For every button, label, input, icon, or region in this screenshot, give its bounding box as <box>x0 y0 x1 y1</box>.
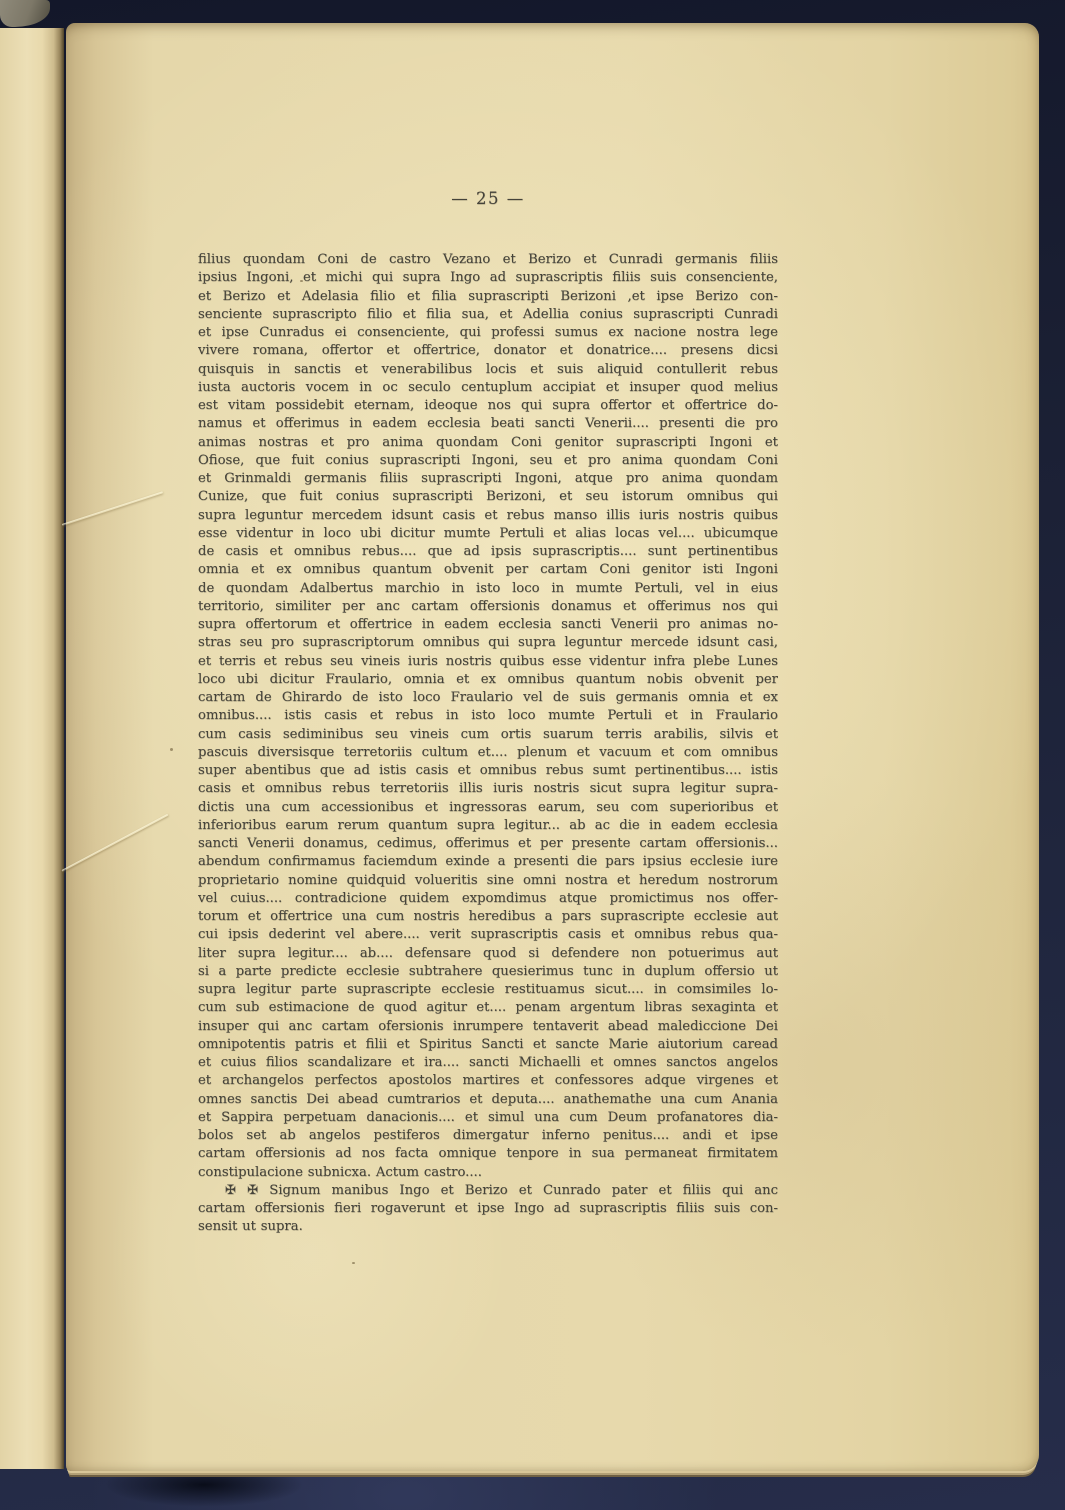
text-line: de casis et omnibus rebus.... que ad ips… <box>198 543 778 561</box>
text-line: supra offertorum et offertrice in eadem … <box>198 616 778 634</box>
text-line: animas nostras et pro anima quondam Coni… <box>198 434 778 452</box>
text-line: bolos set ab angelos pestiferos dimergat… <box>198 1127 778 1145</box>
text-line: supra leguntur mercedem idsunt casis et … <box>198 507 778 525</box>
charter-text-paragraph: filius quondam Coni de castro Vezano et … <box>198 251 778 1182</box>
text-line: sancti Venerii donamus, cedimus, offerim… <box>198 835 778 853</box>
text-line: Cunize, que fuit conius suprascripti Ber… <box>198 488 778 506</box>
text-line: si a parte predicte ecclesie subtrahere … <box>198 963 778 981</box>
text-line: cartam offersionis fieri rogaverunt et i… <box>198 1200 778 1218</box>
text-line: namus et offerimus in eadem ecclesia bea… <box>198 415 778 433</box>
text-line: cum casis sediminibus seu vineis cum ort… <box>198 726 778 744</box>
text-line: cartam de Ghirardo de isto loco Fraulari… <box>198 689 778 707</box>
text-line: quisquis in sanctis et venerabilibus loc… <box>198 361 778 379</box>
text-line: ✠ ✠ Signum manibus Ingo et Berizo et Cun… <box>198 1182 778 1200</box>
book-shadow <box>96 1468 336 1510</box>
text-line: omnipotentis patris et filii et Spiritus… <box>198 1036 778 1054</box>
text-line: liter supra legitur.... ab.... defensare… <box>198 945 778 963</box>
text-line: omnibus.... istis casis et rebus in isto… <box>198 707 778 725</box>
text-line: pascuis diversisque terretoriis cultum e… <box>198 744 778 762</box>
text-line: et ipse Cunradus ei consenciente, qui pr… <box>198 324 778 342</box>
text-line: omnia et ex omnibus quantum obvenit per … <box>198 561 778 579</box>
text-line: stras seu pro suprascriptorum omnibus qu… <box>198 634 778 652</box>
book-scan: — 25 — filius quondam Coni de castro Vez… <box>0 0 1065 1510</box>
text-line: esse videntur in loco ubi dicitur mumte … <box>198 525 778 543</box>
text-line: insuper qui anc cartam ofersionis inrump… <box>198 1018 778 1036</box>
text-line: loco ubi dicitur Fraulario, omnia et ex … <box>198 671 778 689</box>
text-line: casis et omnibus rebus terretoriis illis… <box>198 780 778 798</box>
text-line: sensit ut supra. <box>198 1218 778 1236</box>
text-line: iusta auctoris vocem in oc seculo centup… <box>198 379 778 397</box>
text-line: et terris et rebus seu vineis iuris nost… <box>198 653 778 671</box>
page-number: — 25 — <box>198 189 778 208</box>
foxing-speck <box>170 748 173 751</box>
foxing-speck <box>352 1262 355 1264</box>
book-page: — 25 — filius quondam Coni de castro Vez… <box>66 23 1039 1471</box>
text-line: de quondam Adalbertus marchio in isto lo… <box>198 580 778 598</box>
text-line: torum et offertrice una cum nostris here… <box>198 908 778 926</box>
text-line: vel cuius.... contradicione quidem expom… <box>198 890 778 908</box>
text-line: super abentibus que ad istis casis et om… <box>198 762 778 780</box>
signum-paragraph: ✠ ✠ Signum manibus Ingo et Berizo et Cun… <box>198 1182 778 1237</box>
text-line: supra legitur parte suprascripte ecclesi… <box>198 981 778 999</box>
text-line: Ofiose, que fuit conius suprascripti Ing… <box>198 452 778 470</box>
text-line: ipsius Ingoni, et michi qui supra Ingo a… <box>198 269 778 287</box>
facing-page-edge <box>0 28 64 1469</box>
text-line: filius quondam Coni de castro Vezano et … <box>198 251 778 269</box>
text-line: cui ipsis dederint vel abere.... verit s… <box>198 926 778 944</box>
text-line: abendum confirmamus faciemdum exinde a p… <box>198 853 778 871</box>
text-line: omnes sanctis Dei abead cumtrarios et de… <box>198 1091 778 1109</box>
text-line: dictis una cum accessionibus et ingresso… <box>198 799 778 817</box>
text-line: et Berizo et Adelasia filio et filia sup… <box>198 288 778 306</box>
document-text: filius quondam Coni de castro Vezano et … <box>198 251 778 1237</box>
binding-corner-fragment <box>0 0 50 27</box>
text-line: proprietario nomine quidquid volueritis … <box>198 872 778 890</box>
text-line: constipulacione subnicxa. Actum castro..… <box>198 1164 778 1182</box>
foxing-speck <box>300 280 303 282</box>
text-line: et archangelos perfectos apostolos marti… <box>198 1072 778 1090</box>
text-line: vivere romana, offertor et offertrice, d… <box>198 342 778 360</box>
text-line: est vitam possidebit eternam, ideoque no… <box>198 397 778 415</box>
text-line: inferioribus earum rerum quantum supra l… <box>198 817 778 835</box>
text-line: senciente suprascripto filio et filia su… <box>198 306 778 324</box>
text-line: territorio, similiter per anc cartam off… <box>198 598 778 616</box>
text-line: et Grinmaldi germanis filiis suprascript… <box>198 470 778 488</box>
text-line: et Sappira perpetuam danacionis.... et s… <box>198 1109 778 1127</box>
text-line: et cuius filios scandalizare et ira.... … <box>198 1054 778 1072</box>
text-line: cartam offersionis ad nos facta omnique … <box>198 1145 778 1163</box>
text-line: cum sub estimacione de quod agitur et...… <box>198 999 778 1017</box>
